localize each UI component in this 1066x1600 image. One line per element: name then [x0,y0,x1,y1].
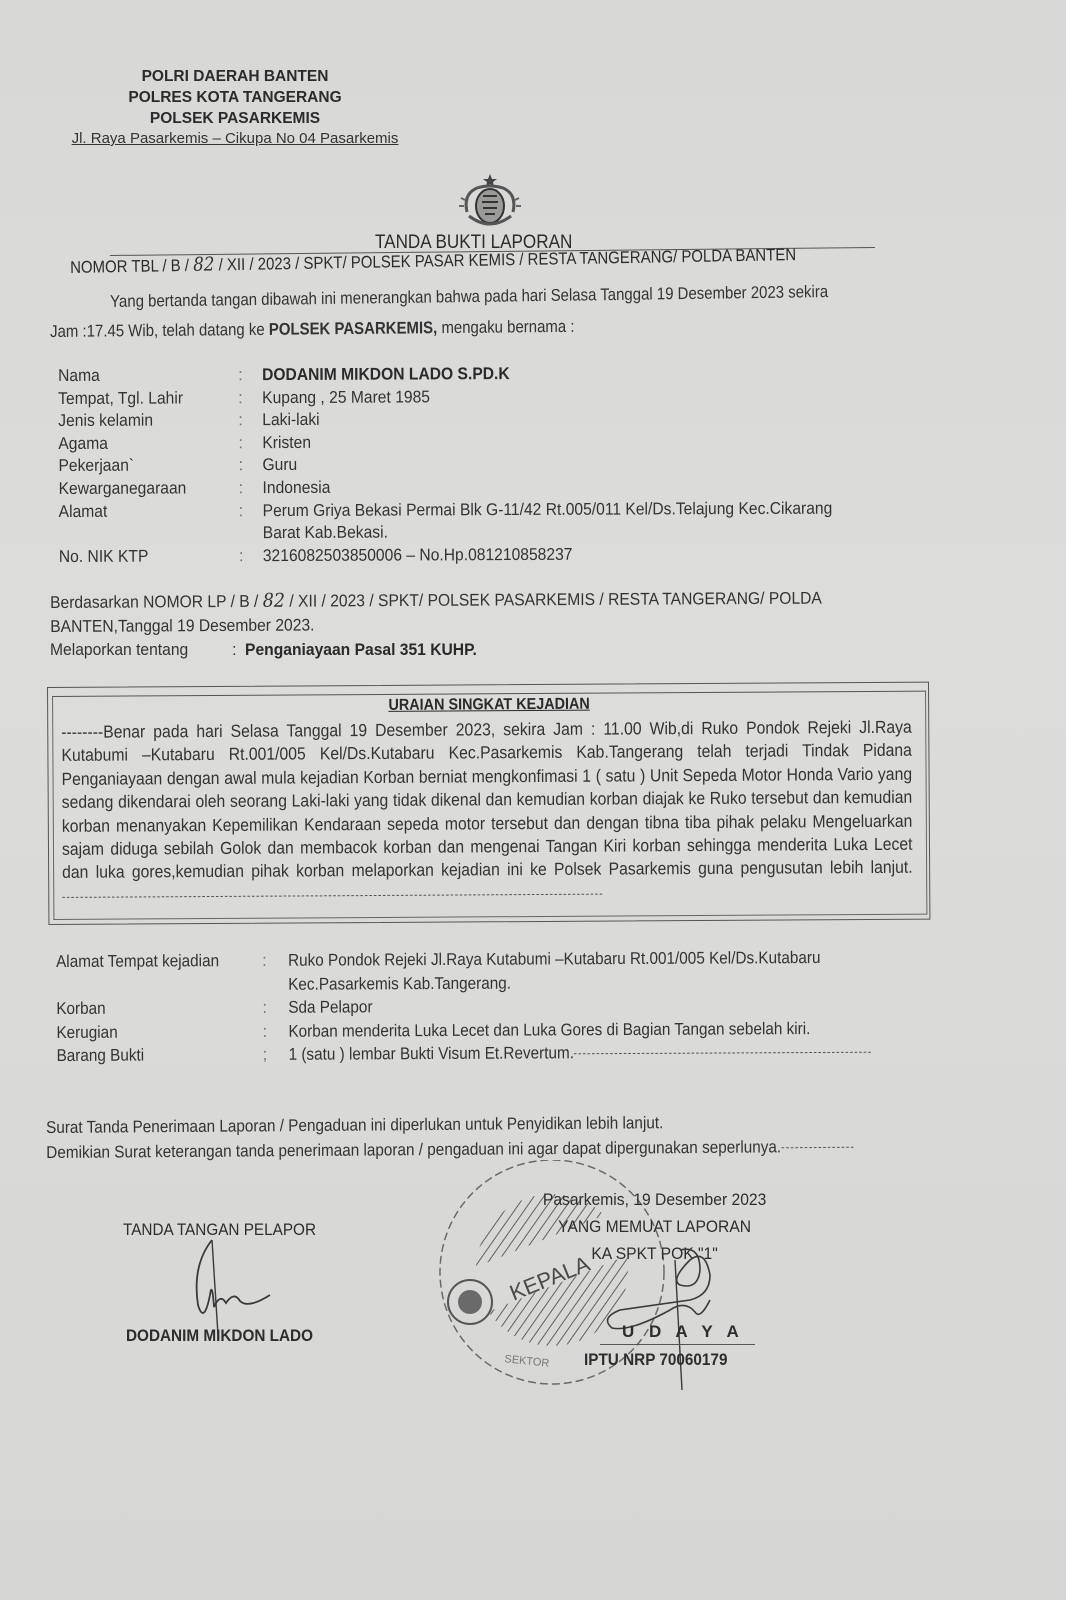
document-page: POLRI DAERAH BANTEN POLRES KOTA TANGERAN… [0,0,1066,1600]
field-label: Jenis kelamin [58,409,224,432]
field-label: Tempat, Tgl. Lahir [58,387,224,410]
field-separator: : [238,409,262,432]
address-line-1: Perum Griya Bekasi Permai Blk G-11/42 Rt… [263,497,885,522]
letterhead: POLRI DAERAH BANTEN POLRES KOTA TANGERAN… [55,66,415,149]
field-value: Laki-laki [262,407,884,432]
incident-details-table: Alamat Tempat kejadian: Ruko Pondok Reje… [56,945,957,1067]
location-line-1: Ruko Pondok Rejeki Jl.Raya Kutabumi –Kut… [288,946,889,973]
intro-text: Jam :17.45 Wib, telah datang ke [50,320,269,341]
field-label: Pekerjaan` [58,455,224,478]
reporter-signature-icon [190,1235,290,1335]
incident-inner-border: URAIAN SINGKAT KEJADIAN --------Benar pa… [52,691,927,920]
intro-text-end: mengaku bernama : [437,317,574,337]
field-separator: : [238,454,262,477]
handwritten-number: 82 [193,253,215,275]
closing-text: Demikian Surat keterangan tanda penerima… [46,1137,781,1162]
field-value: Sda Pelapor [288,993,889,1020]
field-label: Kerugian [56,1020,242,1044]
field-separator: ; [262,1043,288,1067]
field-separator: : [262,996,288,1020]
field-separator: : [238,387,262,410]
field-separator: : [238,364,262,387]
report-about: Melaporkan tentang:Penganiayaan Pasal 35… [50,640,477,660]
basis-date: BANTEN,Tanggal 19 Desember 2023. [50,610,933,639]
officer-name: U D A Y A [622,1322,744,1342]
signature-place-date: Pasarkemis, 19 Desember 2023 [535,1186,774,1213]
incident-title: URAIAN SINGKAT KEJADIAN [97,694,882,717]
field-label: Nama [58,364,224,387]
svg-text:SEKTOR: SEKTOR [504,1353,550,1370]
intro-line-2: Jam :17.45 Wib, telah datang ke POLSEK P… [50,315,575,344]
field-separator: : [238,477,262,500]
reporter-row-nik: No. NIK KTP: 3216082503850006 – No.Hp.08… [59,542,939,568]
field-value: 1 (satu ) lembar Bukti Visum Et.Revertum… [288,1040,889,1067]
trailing-dashes [62,893,602,897]
reporter-row-address: Alamat: Perum Griya Bekasi Permai Blk G-… [59,497,939,546]
field-value: Kupang , 25 Maret 1985 [262,384,884,409]
field-separator: : [262,949,288,996]
field-label: Korban [56,996,242,1020]
intro-line-1: Yang bertanda tangan dibawah ini meneran… [110,280,828,314]
officer-role: YANG MEMUAT LAPORAN [535,1213,774,1240]
field-separator: : [232,640,245,660]
field-value: Perum Griya Bekasi Permai Blk G-11/42 Rt… [263,497,885,545]
basis-prefix: Berdasarkan NOMOR LP / B / [50,592,263,612]
document-number-suffix: / XII / 2023 / SPKT/ POLSEK PASAR KEMIS … [214,245,796,274]
field-separator: : [239,500,263,545]
location-line-2: Kec.Pasarkemis Kab.Tangerang. [288,969,889,996]
field-value: Indonesia [262,474,884,499]
document-number-prefix: NOMOR TBL / B / [70,256,193,277]
field-value: Korban menderita Luka Lecet dan Luka Gor… [288,1016,889,1043]
field-value: DODANIM MIKDON LADO S.PD.K [262,361,884,386]
reporter-identity-table: Nama: DODANIM MIKDON LADO S.PD.K Tempat,… [58,361,939,568]
field-label: Agama [58,432,224,455]
officer-rank-nrp: IPTU NRP 70060179 [584,1350,727,1370]
letterhead-address: Jl. Raya Pasarkemis – Cikupa No 04 Pasar… [55,129,415,149]
field-value: Kristen [262,429,884,454]
field-label: Kewarganegaraan [58,477,224,500]
letterhead-line-2: POLRES KOTA TANGERANG [55,87,415,108]
field-label: No. NIK KTP [59,545,225,568]
field-separator: : [239,545,263,568]
trailing-dashes [574,1052,871,1055]
letterhead-line-1: POLRI DAERAH BANTEN [55,66,415,87]
field-label: Barang Bukti [56,1043,242,1067]
report-basis: Berdasarkan NOMOR LP / B / 82 / XII / 20… [50,585,933,639]
report-about-label: Melaporkan tentang [50,640,232,660]
field-value: Guru [262,452,884,477]
police-emblem-icon [455,172,525,234]
officer-name-rule [600,1344,755,1345]
handwritten-number: 82 [263,590,285,612]
evidence-text: 1 (satu ) lembar Bukti Visum Et.Revertum… [288,1043,574,1063]
detail-row-location: Alamat Tempat kejadian: Ruko Pondok Reje… [56,945,956,997]
field-separator: : [238,432,262,455]
field-label: Alamat Tempat kejadian [56,949,242,997]
report-about-value: Penganiayaan Pasal 351 KUHP. [245,640,477,659]
detail-row-evidence: Barang Bukti; 1 (satu ) lembar Bukti Vis… [56,1039,956,1067]
incident-summary-box: URAIAN SINGKAT KEJADIAN --------Benar pa… [47,682,930,925]
field-value: Ruko Pondok Rejeki Jl.Raya Kutabumi –Kut… [288,946,889,996]
lead-dashes: -------- [61,722,103,742]
basis-suffix: / XII / 2023 / SPKT/ POLSEK PASARKEMIS /… [285,589,822,611]
address-line-2: Barat Kab.Bekasi. [263,520,885,545]
intro-station: POLSEK PASARKEMIS, [269,318,438,339]
field-separator: : [262,1019,288,1043]
incident-text: --------Benar pada hari Selasa Tanggal 1… [61,716,913,908]
closing-statement: Surat Tanda Penerimaan Laporan / Pengadu… [46,1109,853,1165]
reporter-name: DODANIM MIKDON LADO [126,1326,313,1346]
field-value: 3216082503850006 – No.Hp.081210858237 [263,542,885,567]
incident-body: Benar pada hari Selasa Tanggal 19 Desemb… [61,717,912,883]
letterhead-line-3: POLSEK PASARKEMIS [55,108,415,129]
trailing-dashes [781,1147,853,1149]
field-label: Alamat [59,500,225,546]
